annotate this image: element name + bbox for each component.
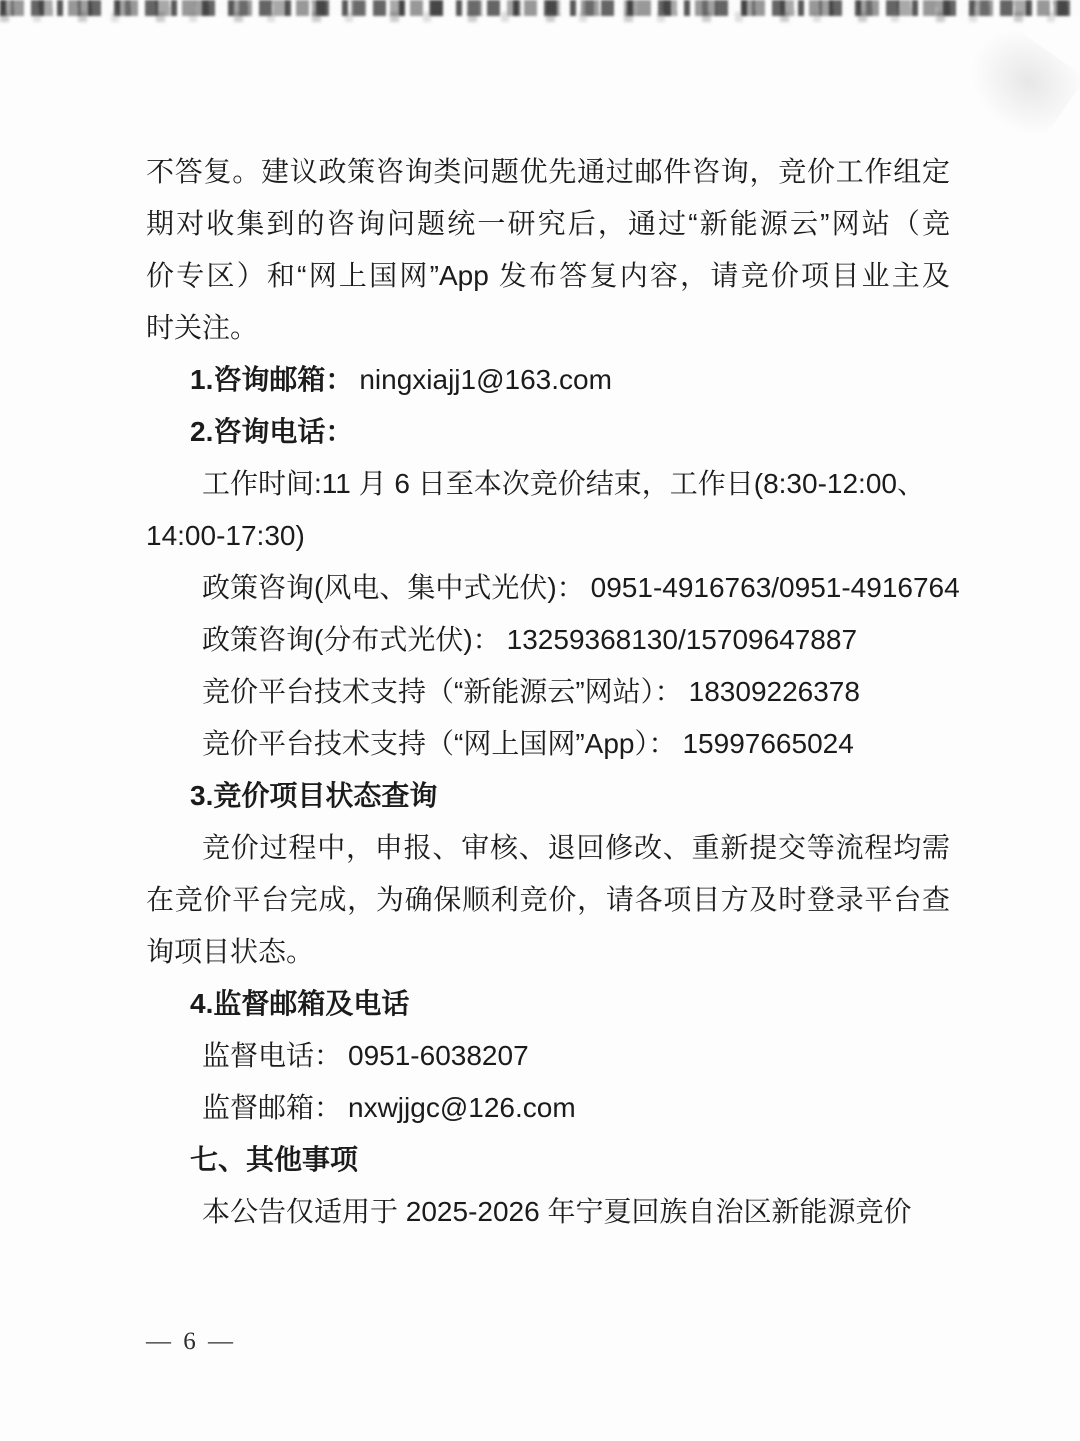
working-hours-line-continued: 14:00-17:30) [146,510,950,562]
paragraph-line: 价专区）和“网上国网”App 发布答复内容，请竞价项目业主及 [146,250,950,302]
platform-support-line: 竞价平台技术支持（“网上国网”App）：15997665024 [146,718,950,770]
document-body: 不答复。建议政策咨询类问题优先通过邮件咨询，竞价工作组定 期对收集到的咨询问题统… [146,146,950,1238]
section-heading-supervision: 4.监督邮箱及电话 [146,978,950,1030]
section-heading-phone: 2.咨询电话： [146,406,950,458]
supervision-phone-value: 0951-6038207 [348,1040,529,1071]
platform-support-label: 竞价平台技术支持（“新能源云”网站）： [202,676,683,707]
page-number: — 6 — [146,1328,236,1356]
policy-phone-label: 政策咨询(风电、集中式光伏)： [202,572,585,603]
policy-phone-label: 政策咨询(分布式光伏)： [202,624,501,655]
policy-phone-value: 0951-4916763/0951-4916764 [591,572,960,603]
supervision-email-label: 监督邮箱： [202,1092,342,1123]
platform-support-line: 竞价平台技术支持（“新能源云”网站）：18309226378 [146,666,950,718]
scan-noise-band-secondary [0,12,1080,22]
platform-support-value: 15997665024 [682,728,853,759]
paragraph-line: 在竞价平台完成，为确保顺利竞价，请各项目方及时登录平台查 [146,874,950,926]
policy-phone-value: 13259368130/15709647887 [507,624,857,655]
paragraph-line: 期对收集到的咨询问题统一研究后，通过“新能源云”网站（竞 [146,198,950,250]
supervision-email-line: 监督邮箱：nxwjjgc@126.com [146,1082,950,1134]
paragraph-line: 询项目状态。 [146,926,950,978]
supervision-phone-line: 监督电话：0951-6038207 [146,1030,950,1082]
scanned-document-page: 不答复。建议政策咨询类问题优先通过邮件咨询，竞价工作组定 期对收集到的咨询问题统… [0,0,1080,1441]
section-heading-other-matters: 七、其他事项 [146,1134,950,1186]
section-heading-status-query: 3.竞价项目状态查询 [146,770,950,822]
contact-email-heading: 1.咨询邮箱： [190,364,353,395]
paragraph-line: 不答复。建议政策咨询类问题优先通过邮件咨询，竞价工作组定 [146,146,950,198]
paragraph-line: 时关注。 [146,302,950,354]
platform-support-label: 竞价平台技术支持（“网上国网”App）： [202,728,676,759]
working-hours-line: 工作时间:11 月 6 日至本次竞价结束，工作日(8:30-12:00、 [146,458,950,510]
policy-phone-line: 政策咨询(分布式光伏)：13259368130/15709647887 [146,614,950,666]
supervision-email-value: nxwjjgc@126.com [348,1092,576,1123]
scan-smudge-mark [944,15,1080,152]
platform-support-value: 18309226378 [689,676,860,707]
contact-email-line: 1.咨询邮箱：ningxiajj1@163.com [146,354,950,406]
supervision-phone-label: 监督电话： [202,1040,342,1071]
contact-email-value: ningxiajj1@163.com [359,364,612,395]
paragraph-line: 竞价过程中，申报、审核、退回修改、重新提交等流程均需 [146,822,950,874]
paragraph-line: 本公告仅适用于 2025-2026 年宁夏回族自治区新能源竞价 [146,1186,950,1238]
policy-phone-line: 政策咨询(风电、集中式光伏)：0951-4916763/0951-4916764 [146,562,950,614]
